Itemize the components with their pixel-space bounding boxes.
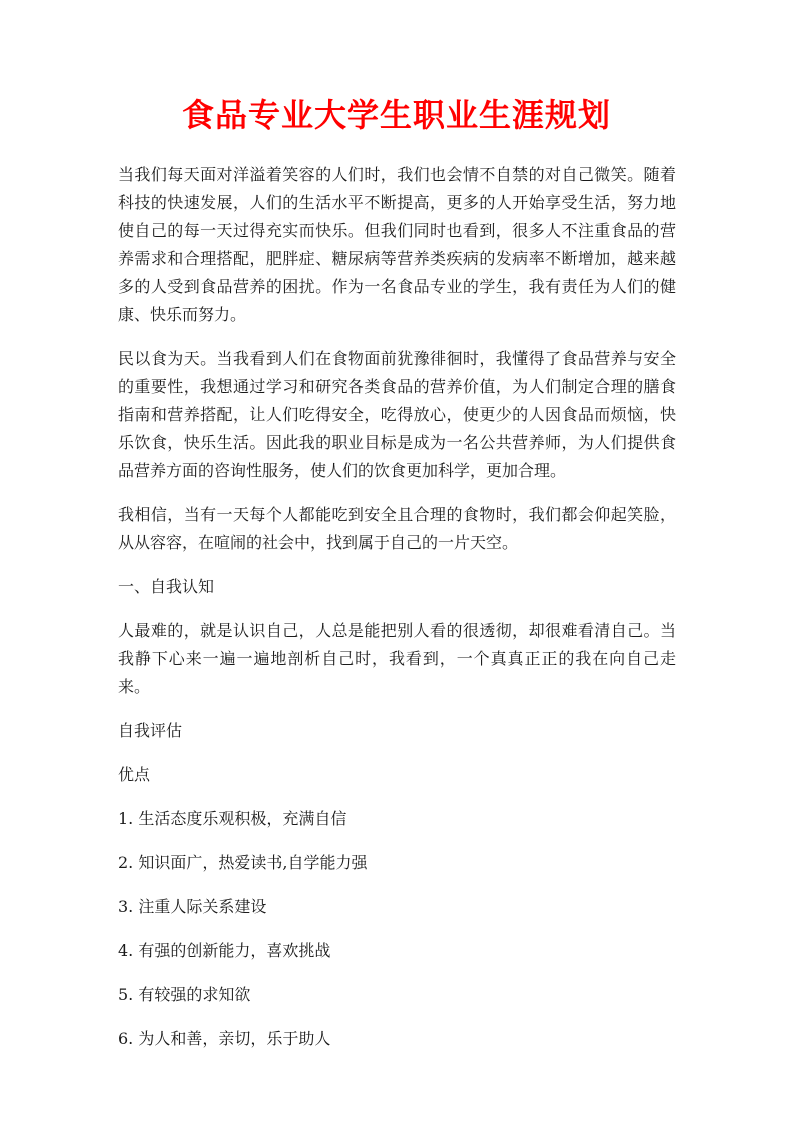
document-title: 食品专业大学生职业生涯规划 [0,0,793,135]
strength-list-item-3: 3. 注重人际关系建设 [118,893,676,921]
intro-paragraph-3: 我相信，当有一天每个人都能吃到安全且合理的食物时，我们都会仰起笑脸，从从容容，在… [118,501,676,557]
section-heading-self-awareness: 一、自我认知 [118,573,676,601]
document-page: 食品专业大学生职业生涯规划 当我们每天面对洋溢着笑容的人们时，我们也会情不自禁的… [0,0,793,1122]
intro-paragraph-2: 民以食为天。当我看到人们在食物面前犹豫徘徊时，我懂得了食品营养与安全的重要性，我… [118,345,676,485]
strength-list-item-1: 1. 生活态度乐观积极，充满自信 [118,805,676,833]
self-awareness-paragraph: 人最难的，就是认识自己，人总是能把别人看的很透彻，却很难看清自己。当我静下心来一… [118,617,676,701]
strength-list-item-5: 5. 有较强的求知欲 [118,981,676,1009]
strength-list-item-4: 4. 有强的创新能力，喜欢挑战 [118,937,676,965]
intro-paragraph-1: 当我们每天面对洋溢着笑容的人们时，我们也会情不自禁的对自己微笑。随着科技的快速发… [118,161,676,329]
document-body: 当我们每天面对洋溢着笑容的人们时，我们也会情不自禁的对自己微笑。随着科技的快速发… [118,161,676,1053]
strength-list-item-2: 2. 知识面广，热爱读书,自学能力强 [118,849,676,877]
sub-heading-self-assessment: 自我评估 [118,717,676,745]
strength-list-item-6: 6. 为人和善，亲切，乐于助人 [118,1025,676,1053]
sub-heading-strengths: 优点 [118,761,676,789]
